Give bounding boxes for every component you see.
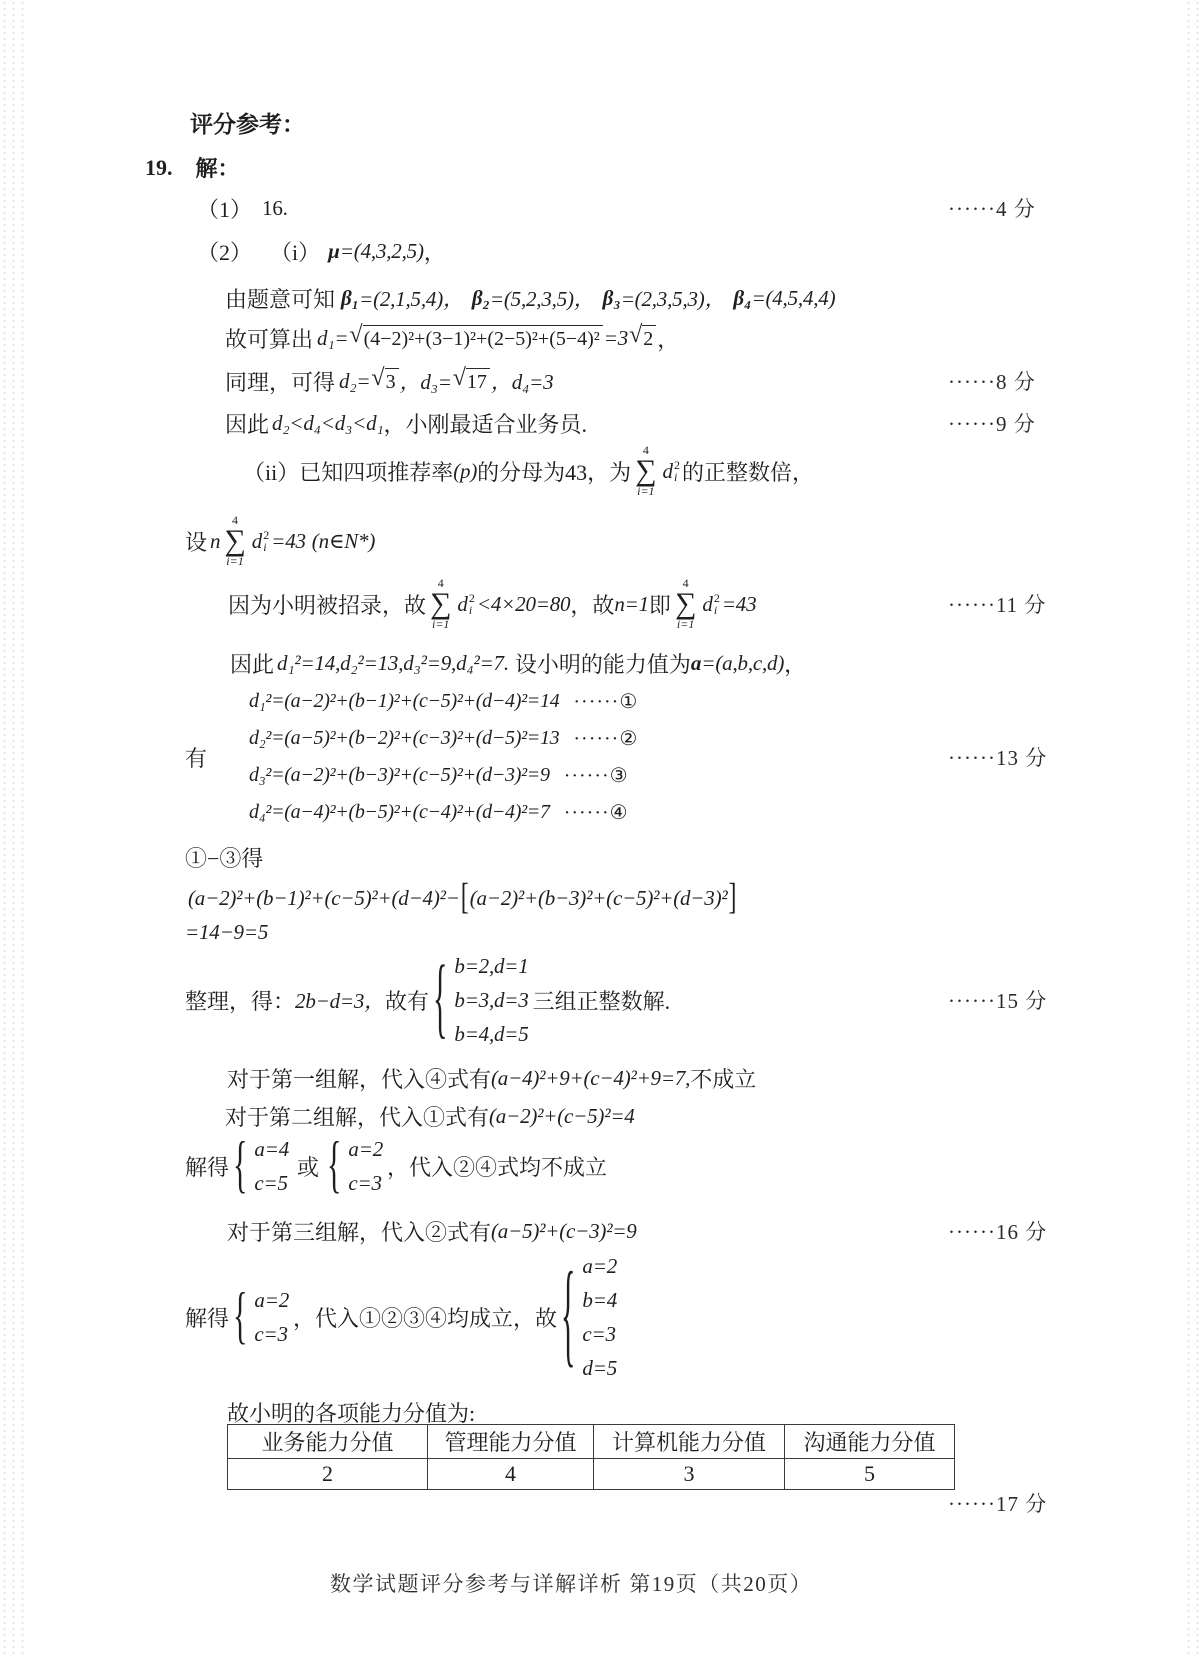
part2ii-number: （ii） (243, 456, 299, 487)
table-value-management: 4 (428, 1459, 594, 1490)
beta-vectors-line: 由题意可知 β₁ =(2,1,5,4)， β₂ =(5,2,3,5)， β₃ =… (0, 282, 1200, 314)
equation-row-2: d₂²=(a−5)²+(b−2)²+(c−3)²+(d−5)²=13 ·····… (249, 720, 638, 757)
d1-radicand: (4−2)²+(3−1)²+(2−5)²+(5−4)² (363, 325, 603, 351)
case-row-3: c=3 (582, 1317, 617, 1351)
part2-number: （2） (197, 236, 252, 267)
n-domain: (n∈N*) (312, 529, 375, 554)
table-value-computer: 3 (594, 1459, 785, 1490)
set-lead-text: 设 (185, 526, 207, 557)
part1-answer: 16. (262, 196, 288, 221)
group3-equation: (a−5)²+(c−3)²=9 (491, 1219, 637, 1244)
footer-text: 数学试题评分参考与详解详析 第19页（共20页） (330, 1572, 812, 1596)
n-equals-1: n=1 (614, 592, 649, 617)
case-row-1: a=2 (348, 1132, 383, 1166)
final-solution-cases: { a=2 b=4 c=3 d=5 (561, 1249, 617, 1385)
table-header-business: 业务能力分值 (228, 1425, 428, 1459)
arrange-text1: 整理，得： (185, 985, 295, 1016)
group3-line: 对于第三组解，代入②式有 (a−5)²+(c−3)²=9 ······16 分 (0, 1216, 1200, 1246)
equation-row-1: d₁²=(a−2)²+(b−1)²+(c−5)²+(d−4)²=14 ·····… (249, 683, 638, 720)
document-page: 评分参考： 19. 解： （1） 16. ······4 分 （2） （i） μ… (0, 0, 1200, 1655)
d-variable: d (457, 592, 468, 617)
d234-lead-text: 同理，可得 (225, 366, 335, 397)
part1-number: （1） (197, 193, 252, 224)
score-17-line: ······17 分 (0, 1490, 1200, 1516)
d-i-squared: d 2 i (252, 529, 270, 554)
d-sub-sup: 2 i (263, 529, 269, 553)
d-i-squared: d 2 i (702, 592, 720, 617)
d3-radicand: 17 (466, 368, 490, 394)
group3-text: 对于第三组解，代入②式有 (227, 1216, 491, 1247)
part2i-mu-line: （2） （i） μ =(4,3,2,5) ， (0, 236, 1200, 266)
beta4-value: =(4,5,4,4) (751, 286, 835, 311)
solution-cases-bd: { b=2,d=1 b=3,d=3 b=4,d=5 (433, 949, 529, 1051)
part2ii-text2: 的分母为43，为 (477, 456, 631, 487)
part2ii-text1: 已知四项推荐率 (299, 456, 453, 487)
d-i-squared: d 2 i (663, 459, 681, 484)
case-rows: a=2 b=4 c=3 d=5 (582, 1249, 617, 1385)
comparison-line: 因此 d₂<d₄<d₃<d₁ ，小刚最适合业务员. ······9 分 (0, 408, 1200, 438)
problem-number: 19. (145, 155, 173, 181)
sigma-icon: ∑ (224, 527, 245, 556)
arrange-equation: 2b−d=3， (295, 985, 385, 1015)
have-label: 有 (185, 742, 207, 773)
part2ii-text3: 的正整数倍， (682, 456, 814, 487)
sum-equals-43: =43 (722, 592, 757, 617)
d3-lhs: ，d₃= (400, 366, 452, 396)
arrange-block: 整理，得： 2b−d=3， 故有 { b=2,d=1 b=3,d=3 b=4,d… (0, 946, 1200, 1054)
recruited-text3: 即 (649, 589, 671, 620)
bound-inequality: <4×20=80 (477, 592, 570, 617)
sigma-icon: ∑ (675, 590, 696, 619)
score-mark-9: ······9 分 (948, 408, 1036, 438)
left-brace: { (433, 955, 447, 1045)
sum-lower-limit: i=1 (432, 618, 449, 631)
dvals-comma: ， (784, 648, 806, 679)
sqrt-icon: √ (349, 323, 362, 347)
d1-comma: ， (657, 323, 679, 354)
ability-score-table: 业务能力分值 管理能力分值 计算机能力分值 沟通能力分值 2 4 3 5 (227, 1424, 955, 1490)
table-value-business: 2 (228, 1459, 428, 1490)
case-row-2: b=4 (582, 1283, 617, 1317)
set-n-line: 设 n 4 ∑ i=1 d 2 i =43 (n∈N*) (0, 510, 1200, 572)
score-mark-17: ······17 分 (948, 1488, 1047, 1518)
case-row-2: c=5 (254, 1166, 289, 1200)
solve2-text: 解得 (185, 1302, 229, 1333)
group1-invalid: 不成立 (690, 1063, 756, 1094)
left-brace: { (233, 1135, 247, 1198)
score-mark-11: ······11 分 (948, 589, 1046, 619)
n-variable: n (210, 529, 220, 554)
summation-symbol: 4 ∑ i=1 (224, 514, 245, 569)
equation-2-tag: ······② (573, 726, 638, 751)
a-vector-symbol: a (691, 651, 702, 676)
solve2-valid-text: ，代入①②③④均成立，故 (293, 1302, 557, 1333)
expansion-line: (a−2)²+(b−1)²+(c−5)²+(d−4)²− [ (a−2)²+(b… (0, 880, 1200, 916)
sum-lower-limit: i=1 (226, 555, 243, 568)
equation-1-tag: ······① (573, 689, 638, 714)
left-brace: { (561, 1259, 575, 1376)
table-header-communication: 沟通能力分值 (785, 1425, 955, 1459)
solve1-cases-b: { a=2 c=3 (327, 1132, 383, 1200)
part1-answer-line: （1） 16. ······4 分 (0, 194, 1200, 222)
table-header-row: 业务能力分值 管理能力分值 计算机能力分值 沟通能力分值 (228, 1425, 955, 1459)
solve1-cases-a: { a=4 c=5 (233, 1132, 289, 1200)
case-row-2: c=3 (254, 1317, 289, 1351)
group1-equation: (a−4)²+9+(c−4)²+9=7, (491, 1066, 690, 1091)
beta2-value: =(5,2,3,5)， (490, 283, 595, 313)
subtract-line: ①−③得 (0, 843, 1200, 871)
arrange-text2: 故有 (385, 985, 429, 1016)
page-footer: 数学试题评分参考与详解详析 第19页（共20页） (330, 1568, 812, 1598)
case-row-2: c=3 (348, 1166, 383, 1200)
arrange-text3: 三组正整数解. (533, 985, 671, 1016)
mu-symbol: μ (328, 239, 340, 264)
d1-distance-line: 故可算出 d₁= √ (4−2)²+(3−1)²+(2−5)²+(5−4)² =… (0, 316, 1200, 360)
d2-radicand: 3 (385, 368, 399, 394)
d4-value: ，d₄=3 (491, 366, 553, 396)
beta3-value: =(2,3,5,3)， (621, 283, 726, 313)
score-mark-13: ······13 分 (948, 742, 1047, 772)
case-row-1: b=2,d=1 (454, 949, 528, 983)
dvals-lead-text: 因此 (230, 648, 274, 679)
case-row-4: d=5 (582, 1351, 617, 1385)
equation-system-block: 有 d₁²=(a−2)²+(b−1)²+(c−5)²+(d−4)²=14 ···… (0, 682, 1200, 832)
mu-comma: ， (424, 236, 446, 267)
case-rows: a=4 c=5 (254, 1132, 289, 1200)
equation-row-4: d₄²=(a−4)²+(b−5)²+(c−4)²+(d−4)²=7 ······… (249, 794, 638, 831)
d2-lhs: d₂= (339, 369, 370, 394)
d-sub-sup: 2 i (714, 592, 720, 616)
group1-text: 对于第一组解，代入④式有 (227, 1063, 491, 1094)
d1-lhs: d₁= (317, 326, 348, 351)
d234-line: 同理，可得 d₂= √ 3 ，d₃= √ 17 ，d₄=3 ······8 分 (0, 364, 1200, 398)
or-label: 或 (297, 1151, 319, 1182)
comparison-lead-text: 因此 (225, 408, 269, 439)
grading-heading-text: 评分参考： (190, 106, 305, 139)
left-bracket: [ (461, 877, 469, 919)
beta1-value: =(2,1,5,4)， (359, 283, 464, 313)
summation-symbol: 4 ∑ i=1 (675, 577, 696, 632)
d1-lead-text: 故可算出 (225, 323, 313, 354)
case-rows: a=2 c=3 (348, 1132, 383, 1200)
ability-text: 设小明的能力值为 (515, 648, 691, 679)
solve1-block: 解得 { a=4 c=5 或 { a=2 c=3 ，代入②④式均不成立 (0, 1132, 1200, 1200)
sqrt-icon: √ (629, 323, 642, 347)
problem-19-line: 19. 解： (0, 152, 1200, 183)
score-mark-4: ······4 分 (948, 193, 1036, 223)
recruited-text2: ，故 (570, 589, 614, 620)
left-brace: { (233, 1286, 247, 1349)
expansion-inner: (a−2)²+(b−3)²+(c−5)²+(d−3)² (470, 886, 728, 911)
equals-43: =43 (271, 529, 306, 554)
equation-2: d₂²=(a−5)²+(b−2)²+(c−3)²+(d−5)²=13 (249, 727, 559, 750)
recruited-text1: 因为小明被招录，故 (228, 589, 426, 620)
mu-value: =(4,3,2,5) (340, 239, 424, 264)
case-rows: b=2,d=1 b=3,d=3 b=4,d=5 (454, 949, 528, 1051)
equation-column: d₁²=(a−2)²+(b−1)²+(c−5)²+(d−4)²=14 ·····… (249, 683, 638, 831)
part2i-number: （i） (270, 236, 320, 267)
solve2-cases-ac: { a=2 c=3 (233, 1283, 289, 1351)
subtract-text: ①−③得 (185, 842, 263, 873)
d2-sqrt: √ 3 (371, 368, 398, 394)
sum-lower-limit: i=1 (677, 618, 694, 631)
sum-lower-limit: i=1 (637, 485, 654, 498)
d1-sqrt: √ (4−2)²+(3−1)²+(2−5)²+(5−4)² (349, 325, 602, 351)
case-row-1: a=2 (582, 1249, 617, 1283)
comparison-conclusion: ，小刚最适合业务员. (384, 408, 588, 439)
beta4-symbol: β₄ (733, 286, 751, 311)
d-variable: d (252, 529, 263, 554)
score-mark-8: ······8 分 (948, 366, 1036, 396)
final-statement-text: 故小明的各项能力分值为: (227, 1397, 475, 1428)
case-row-3: b=4,d=5 (454, 1017, 528, 1051)
d-variable: d (663, 459, 674, 484)
d-subscript: i (469, 604, 475, 616)
equation-3: d₃²=(a−2)²+(b−3)²+(c−5)²+(d−3)²=9 (249, 764, 550, 787)
solve2-block: 解得 { a=2 c=3 ，代入①②③④均成立，故 { a=2 b=4 c=3 … (0, 1246, 1200, 1388)
sqrt-icon: √ (453, 366, 466, 390)
sigma-icon: ∑ (635, 457, 656, 486)
d-variable: d (702, 592, 713, 617)
table-header-management: 管理能力分值 (428, 1425, 594, 1459)
d1-radicand2: 2 (642, 325, 656, 351)
d-squared-values-line: 因此 d₁²=14,d₂²=13,d₃²=9,d₄²=7. 设小明的能力值为 a… (0, 648, 1200, 678)
p-symbol: (p) (453, 459, 477, 484)
left-brace: { (327, 1135, 341, 1198)
case-row-1: a=2 (254, 1283, 289, 1317)
d3-sqrt: √ 17 (453, 368, 490, 394)
d1-sqrt2: √ 2 (629, 325, 656, 351)
beta-lead-text: 由题意可知 (225, 283, 335, 314)
beta2-symbol: β₂ (472, 286, 490, 311)
score-mark-16: ······16 分 (948, 1216, 1047, 1246)
right-bracket: ] (728, 877, 736, 919)
d1-equals3: =3 (604, 326, 628, 351)
result-line: =14−9=5 (0, 918, 1200, 946)
group2-text: 对于第二组解，代入①式有 (225, 1101, 489, 1132)
part2ii-intro-line: （ii） 已知四项推荐率 (p) 的分母为43，为 4 ∑ i=1 d 2 i … (0, 440, 1200, 502)
group1-line: 对于第一组解，代入④式有 (a−4)²+9+(c−4)²+9=7, 不成立 (0, 1064, 1200, 1092)
d-sub-sup: 2 i (674, 459, 680, 483)
equation-4: d₄²=(a−4)²+(b−5)²+(c−4)²+(d−4)²=7 (249, 801, 550, 824)
a-vector-components: =(a,b,c,d) (701, 651, 784, 676)
sqrt-icon: √ (371, 366, 384, 390)
summation-symbol: 4 ∑ i=1 (430, 577, 451, 632)
score-mark-15: ······15 分 (948, 985, 1047, 1015)
d-i-squared: d 2 i (457, 592, 475, 617)
table-header-computer: 计算机能力分值 (594, 1425, 785, 1459)
solve1-invalid-text: ，代入②④式均不成立 (387, 1151, 607, 1182)
table-value-row: 2 4 3 5 (228, 1459, 955, 1490)
solve1-text: 解得 (185, 1151, 229, 1182)
d-squared-values: d₁²=14,d₂²=13,d₃²=9,d₄²=7. (277, 651, 509, 676)
recruited-line: 因为小明被招录，故 4 ∑ i=1 d 2 i <4×20=80 ，故 n=1 … (0, 572, 1200, 636)
group2-line: 对于第二组解，代入①式有 (a−2)²+(c−5)²=4 (0, 1102, 1200, 1130)
result-value: =14−9=5 (185, 920, 268, 945)
grading-reference-heading: 评分参考： (0, 106, 1200, 139)
beta1-symbol: β₁ (341, 286, 359, 311)
comparison-inequality: d₂<d₄<d₃<d₁ (272, 411, 384, 436)
solve-label: 解： (196, 152, 240, 183)
d-subscript: i (263, 541, 269, 553)
d-subscript: i (674, 471, 680, 483)
summation-symbol: 4 ∑ i=1 (635, 444, 656, 499)
d-subscript: i (714, 604, 720, 616)
equation-row-3: d₃²=(a−2)²+(b−3)²+(c−5)²+(d−3)²=9 ······… (249, 757, 638, 794)
group2-equation: (a−2)²+(c−5)²=4 (489, 1104, 635, 1129)
expansion-left: (a−2)²+(b−1)²+(c−5)²+(d−4)²− (188, 886, 460, 911)
equation-1: d₁²=(a−2)²+(b−1)²+(c−5)²+(d−4)²=14 (249, 690, 559, 713)
beta3-symbol: β₃ (603, 286, 621, 311)
table-value-communication: 5 (785, 1459, 955, 1490)
case-rows: a=2 c=3 (254, 1283, 289, 1351)
case-row-1: a=4 (254, 1132, 289, 1166)
equation-4-tag: ······④ (564, 800, 629, 825)
sigma-icon: ∑ (430, 590, 451, 619)
final-statement-line: 故小明的各项能力分值为: (0, 1398, 1200, 1426)
equation-3-tag: ······③ (564, 763, 629, 788)
d-sub-sup: 2 i (469, 592, 475, 616)
case-row-2: b=3,d=3 (454, 983, 528, 1017)
